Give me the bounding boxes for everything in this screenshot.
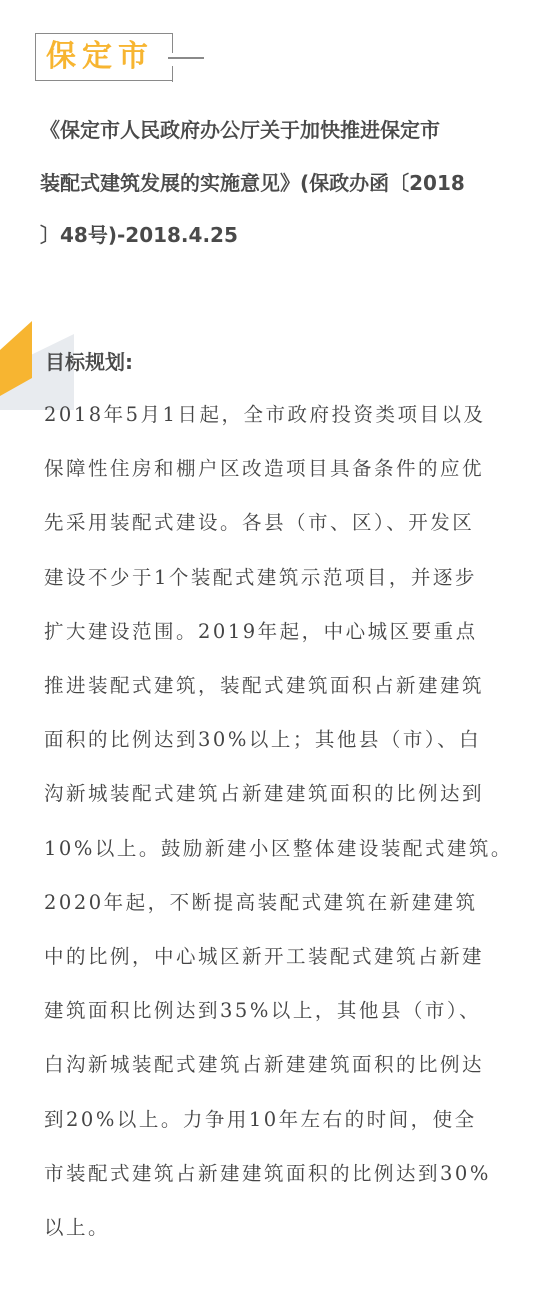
frame-edge bbox=[172, 33, 174, 53]
body-line: 市装配式建筑占新建建筑面积的比例达到30% bbox=[44, 1147, 514, 1201]
city-tag-frame: 保定市 bbox=[35, 33, 172, 81]
body-line: 到20%以上。力争用10年左右的时间，使全 bbox=[44, 1093, 514, 1147]
body-line: 白沟新城装配式建筑占新建建筑面积的比例达 bbox=[44, 1038, 514, 1092]
body-line: 2018年5月1日起，全市政府投资类项目以及 bbox=[44, 388, 514, 442]
document-title-line: 《保定市人民政府办公厅关于加快推进保定市 bbox=[40, 104, 520, 157]
document-title: 《保定市人民政府办公厅关于加快推进保定市 装配式建筑发展的实施意见》(保政办函〔… bbox=[40, 104, 520, 262]
body-line: 沟新城装配式建筑占新建建筑面积的比例达到 bbox=[44, 767, 514, 821]
body-line: 推进装配式建筑，装配式建筑面积占新建建筑 bbox=[44, 659, 514, 713]
section-heading: 目标规划: bbox=[45, 348, 133, 376]
document-title-line: 〕48号)-2018.4.25 bbox=[40, 209, 520, 262]
body-line: 建设不少于1个装配式建筑示范项目，并逐步 bbox=[44, 551, 514, 605]
body-line: 面积的比例达到30%以上；其他县（市）、白 bbox=[44, 713, 514, 767]
body-line: 建筑面积比例达到35%以上，其他县（市）、 bbox=[44, 984, 514, 1038]
frame-edge bbox=[172, 66, 174, 82]
body-line: 10%以上。鼓励新建小区整体建设装配式建筑。 bbox=[44, 822, 514, 876]
body-line: 2020年起，不断提高装配式建筑在新建建筑 bbox=[44, 876, 514, 930]
document-title-line: 装配式建筑发展的实施意见》(保政办函〔2018 bbox=[40, 157, 520, 210]
city-tag-connector-line bbox=[168, 57, 204, 59]
body-line: 中的比例，中心城区新开工装配式建筑占新建 bbox=[44, 930, 514, 984]
body-line: 以上。 bbox=[44, 1201, 514, 1255]
body-line: 扩大建设范围。2019年起，中心城区要重点 bbox=[44, 605, 514, 659]
body-paragraph: 2018年5月1日起，全市政府投资类项目以及 保障性住房和棚户区改造项目具备条件… bbox=[44, 388, 514, 1255]
body-line: 先采用装配式建设。各县（市、区）、开发区 bbox=[44, 496, 514, 550]
city-tag-label: 保定市 bbox=[46, 39, 154, 75]
body-line: 保障性住房和棚户区改造项目具备条件的应优 bbox=[44, 442, 514, 496]
